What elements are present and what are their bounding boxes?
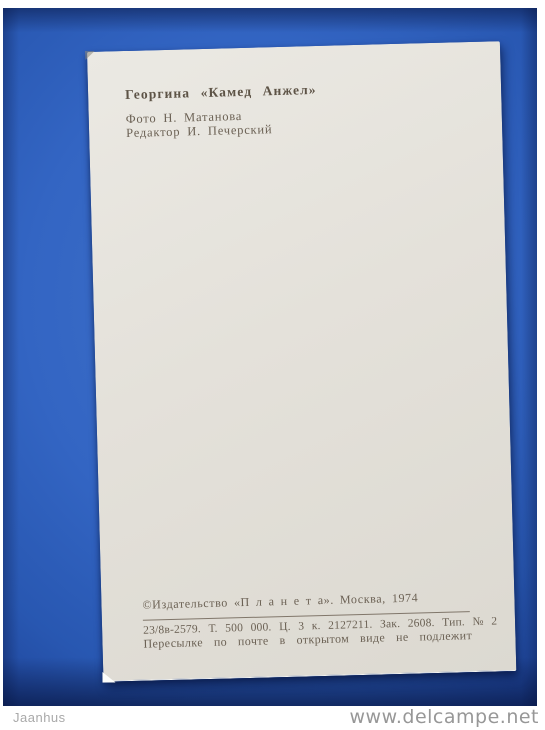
top-left-corner-crease <box>85 51 95 60</box>
postcard-back: Георгина «Камед Анжел» Фото Н. Матанова … <box>87 41 516 682</box>
photo-background: Георгина «Камед Анжел» Фото Н. Матанова … <box>3 8 537 706</box>
photo-page: Георгина «Камед Анжел» Фото Н. Матанова … <box>0 0 545 730</box>
seller-watermark: Jaanhus <box>13 710 66 725</box>
postcard-imprint-block: ©Издательство «П л а н е т а». Москва, 1… <box>142 589 470 652</box>
publisher-line: ©Издательство «П л а н е т а». Москва, 1… <box>142 589 469 613</box>
postcard-title: Георгина «Камед Анжел» <box>125 82 317 103</box>
site-watermark: www.delcampe.net <box>349 706 539 728</box>
bent-corner-glint <box>102 671 115 682</box>
watermark-strip: Jaanhus www.delcampe.net <box>0 706 545 730</box>
postcard-caption-block: Георгина «Камед Анжел» Фото Н. Матанова … <box>125 82 318 140</box>
